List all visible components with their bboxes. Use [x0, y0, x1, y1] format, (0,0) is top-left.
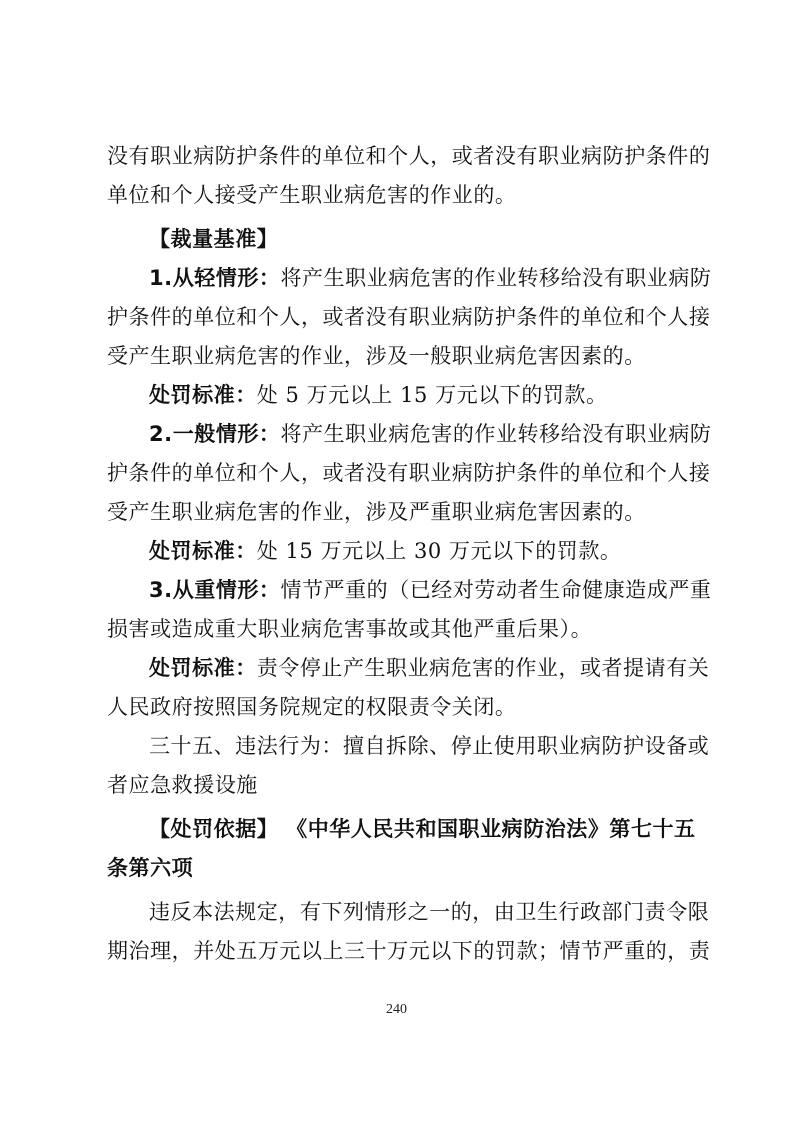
- paragraph-line: 受产生职业病危害的作业，涉及一般职业病危害因素的。: [107, 341, 697, 371]
- section-heading-penalty-basis: 【处罚依据】 《中华人民共和国职业病防治法》第七十五: [149, 814, 697, 844]
- body-text: 者应急救援设施: [107, 773, 258, 797]
- paragraph-line: 者应急救援设施: [107, 770, 697, 800]
- page-number: 240: [0, 1002, 793, 1018]
- body-text: 期治理，并处五万元以上三十万元以下的罚款；情节严重的，责: [107, 939, 710, 963]
- body-text: 三十五、违法行为：擅自拆除、停止使用职业病防护设备或: [149, 734, 709, 758]
- body-text: 没有职业病防护条件的单位和个人，或者没有职业病防护条件的: [107, 144, 710, 168]
- body-text: 人民政府按照国务院规定的权限责令关闭。: [107, 695, 516, 719]
- paragraph-line: 单位和个人接受产生职业病危害的作业的。: [107, 180, 697, 210]
- section-heading-discretion-standard: 【裁量基准】: [149, 224, 697, 254]
- paragraph-line: 受产生职业病危害的作业，涉及严重职业病危害因素的。: [107, 497, 697, 527]
- body-text: 处 15 万元以上 30 万元以下的罚款。: [257, 539, 622, 563]
- body-text: 损害或造成重大职业病危害事故或其他严重后果）。: [107, 617, 592, 641]
- body-text: 受产生职业病危害的作业，涉及一般职业病危害因素的。: [107, 344, 646, 368]
- heading-text: 【裁量基准】: [149, 227, 278, 251]
- body-text: 责令停止产生职业病危害的作业，或者提请有关: [257, 656, 710, 680]
- paragraph-line: 1.从轻情形：将产生职业病危害的作业转移给没有职业病防: [149, 263, 697, 293]
- general-case-label: 2.一般情形：: [149, 422, 280, 446]
- paragraph-line: 处罚标准：责令停止产生职业病危害的作业，或者提请有关: [149, 653, 697, 683]
- paragraph-line: 2.一般情形：将产生职业病危害的作业转移给没有职业病防: [149, 419, 697, 449]
- body-text: 单位和个人接受产生职业病危害的作业的。: [107, 183, 516, 207]
- paragraph-line: 期治理，并处五万元以上三十万元以下的罚款；情节严重的，责: [107, 936, 697, 966]
- paragraph-line: 护条件的单位和个人，或者没有职业病防护条件的单位和个人接: [107, 458, 697, 488]
- heading-text: 条第六项: [107, 856, 193, 880]
- penalty-standard-label: 处罚标准：: [149, 539, 257, 563]
- paragraph-line: 违反本法规定，有下列情形之一的，由卫生行政部门责令限: [149, 897, 697, 927]
- paragraph-line: 三十五、违法行为：擅自拆除、停止使用职业病防护设备或: [149, 731, 697, 761]
- paragraph-line: 护条件的单位和个人，或者没有职业病防护条件的单位和个人接: [107, 302, 697, 332]
- body-text: 护条件的单位和个人，或者没有职业病防护条件的单位和个人接: [107, 305, 710, 329]
- paragraph-line: 没有职业病防护条件的单位和个人，或者没有职业病防护条件的: [107, 141, 697, 171]
- paragraph-line: 处罚标准：处 5 万元以上 15 万元以下的罚款。: [149, 380, 697, 410]
- document-page: 没有职业病防护条件的单位和个人，或者没有职业病防护条件的 单位和个人接受产生职业…: [0, 0, 793, 1122]
- body-text: 护条件的单位和个人，或者没有职业病防护条件的单位和个人接: [107, 461, 710, 485]
- paragraph-line: 条第六项: [107, 853, 697, 883]
- body-text: 违反本法规定，有下列情形之一的，由卫生行政部门责令限: [149, 900, 709, 924]
- paragraph-line: 处罚标准：处 15 万元以上 30 万元以下的罚款。: [149, 536, 697, 566]
- paragraph-line: 损害或造成重大职业病危害事故或其他严重后果）。: [107, 614, 697, 644]
- severe-case-label: 3.从重情形：: [149, 578, 280, 602]
- paragraph-line: 3.从重情形：情节严重的（已经对劳动者生命健康造成严重: [149, 575, 697, 605]
- heading-text: 【处罚依据】 《中华人民共和国职业病防治法》第七十五: [149, 817, 696, 841]
- paragraph-line: 人民政府按照国务院规定的权限责令关闭。: [107, 692, 697, 722]
- body-text: 情节严重的（已经对劳动者生命健康造成严重: [280, 578, 711, 602]
- body-text: 受产生职业病危害的作业，涉及严重职业病危害因素的。: [107, 500, 646, 524]
- lenient-case-label: 1.从轻情形：: [149, 266, 280, 290]
- penalty-standard-label: 处罚标准：: [149, 383, 257, 407]
- body-text: 将产生职业病危害的作业转移给没有职业病防: [280, 266, 711, 290]
- body-text: 将产生职业病危害的作业转移给没有职业病防: [280, 422, 711, 446]
- body-text: 处 5 万元以上 15 万元以下的罚款。: [257, 383, 608, 407]
- penalty-standard-label: 处罚标准：: [149, 656, 257, 680]
